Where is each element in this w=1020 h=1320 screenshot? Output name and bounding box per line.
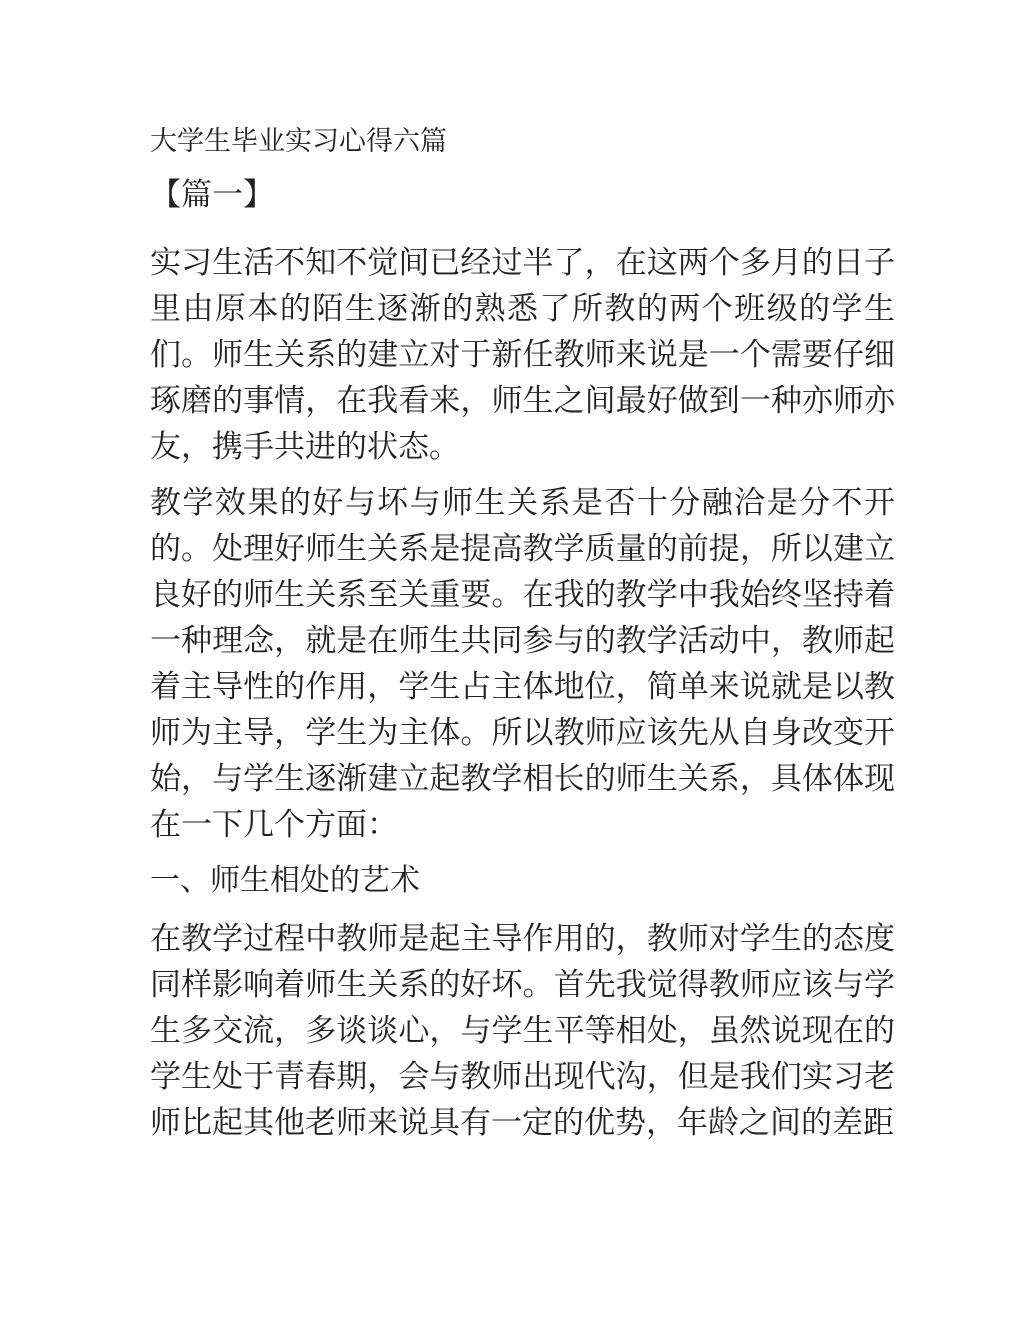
section-heading-teacher-student: 一、师生相处的艺术 [150, 858, 895, 904]
paragraph-3: 在教学过程中教师是起主导作用的，教师对学生的态度同样影响着师生关系的好坏。首先我… [150, 916, 895, 1146]
paragraph-2: 教学效果的好与坏与师生关系是否十分融洽是分不开的。处理好师生关系是提高教学质量的… [150, 480, 895, 848]
document-page: 大学生毕业实习心得六篇 【篇一】 实习生活不知不觉间已经过半了，在这两个多月的日… [0, 0, 1020, 1320]
document-title: 大学生毕业实习心得六篇 [150, 118, 895, 164]
section-label-part-one: 【篇一】 [150, 172, 895, 218]
paragraph-1: 实习生活不知不觉间已经过半了，在这两个多月的日子里由原本的陌生逐渐的熟悉了所教的… [150, 240, 895, 470]
